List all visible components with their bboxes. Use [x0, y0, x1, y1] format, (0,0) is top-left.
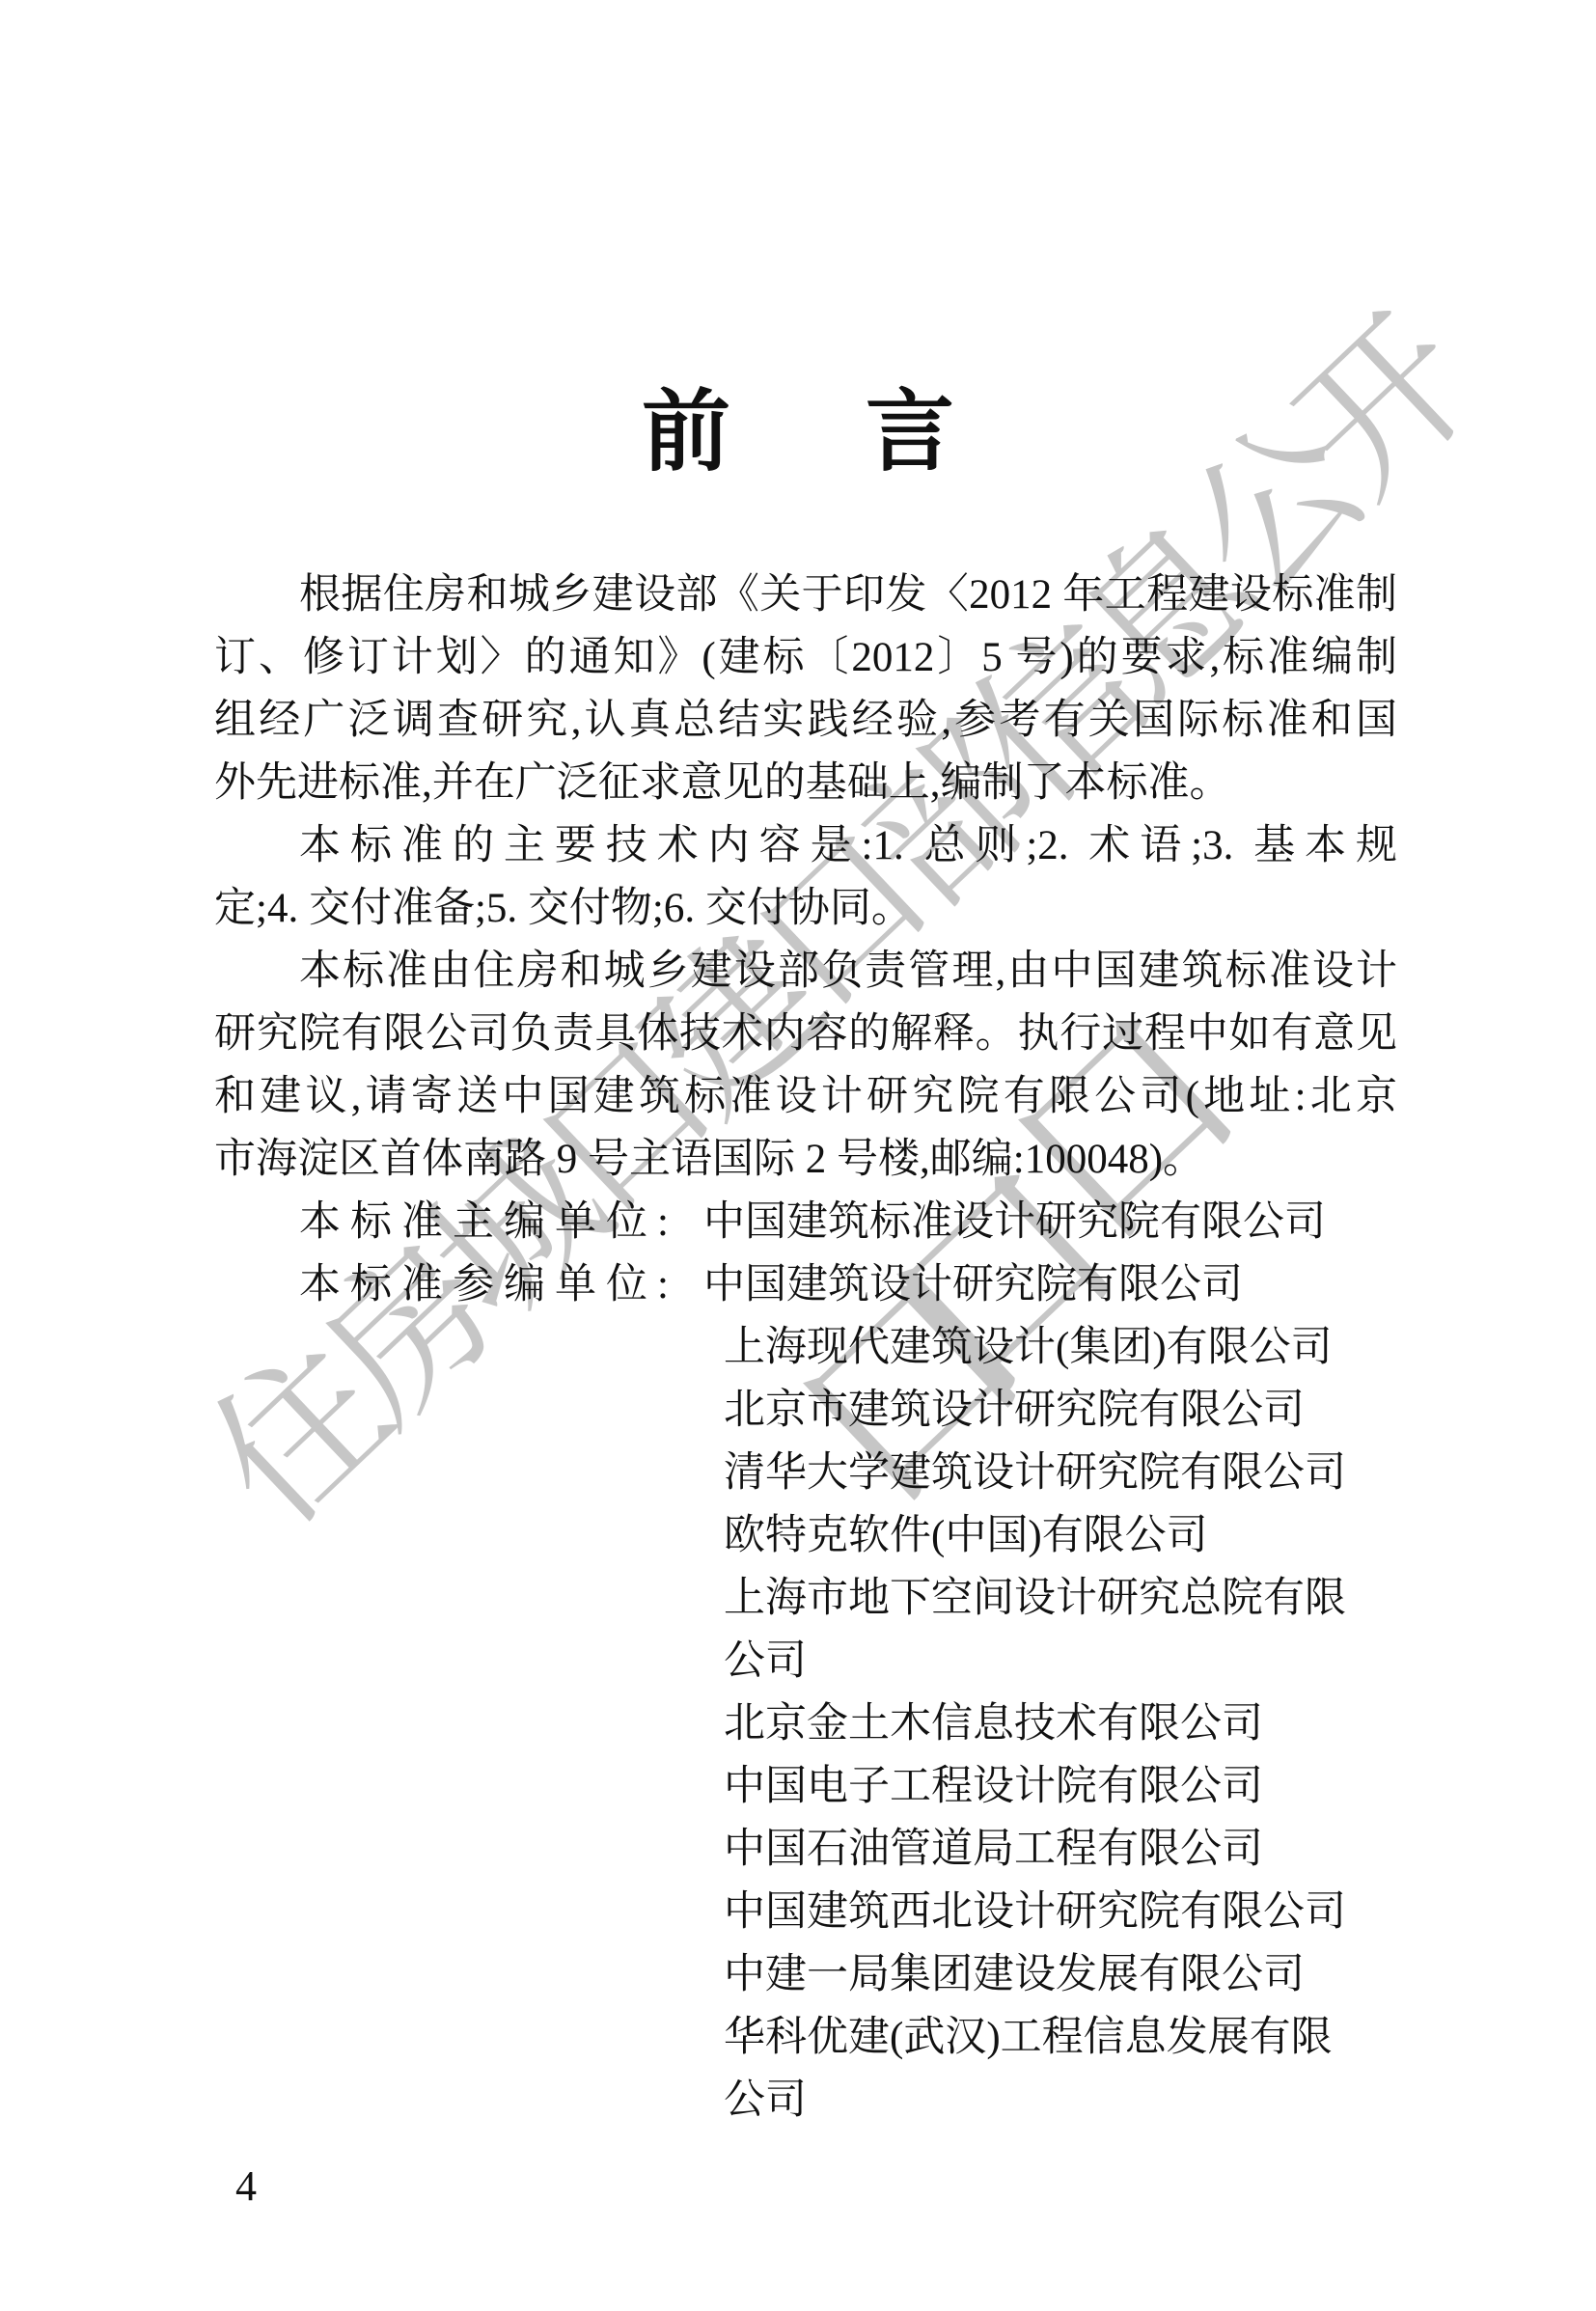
- editor-label: 本标准参编单位:: [299, 1262, 678, 1307]
- participant-company-line: 中国建筑西北设计研究院有限公司: [214, 1881, 1397, 1943]
- participant-company-line: 公司: [214, 1630, 1397, 1692]
- company-name: 中国建筑标准设计研究院有限公司: [703, 1199, 1326, 1245]
- paragraph-line: 定;4. 交付准备;5. 交付物;6. 交付协同。: [214, 877, 1397, 940]
- document-page: 住房城口建口部信息公开 口 口 口 前 言 根据住房和城乡建设部《关于印发〈20…: [0, 0, 1596, 2311]
- page-number: 4: [235, 2155, 257, 2217]
- participant-company-line: 中国电子工程设计院有限公司: [214, 1755, 1397, 1818]
- participant-company-line: 欧特克软件(中国)有限公司: [214, 1504, 1397, 1567]
- participant-company-line: 中国石油管道局工程有限公司: [214, 1818, 1397, 1881]
- editor-label: 本标准主编单位:: [299, 1199, 678, 1245]
- participant-company-line: 上海现代建筑设计(集团)有限公司: [214, 1316, 1397, 1379]
- page-title: 前 言: [0, 384, 1596, 481]
- participant-company-line: 北京市建筑设计研究院有限公司: [214, 1379, 1397, 1442]
- paragraph-line: 和建议,请寄送中国建筑标准设计研究院有限公司(地址:北京: [214, 1065, 1397, 1128]
- paragraph-line: 研究院有限公司负责具体技术内容的解释。执行过程中如有意见: [214, 1003, 1397, 1065]
- title-char-yan: 言: [866, 384, 954, 481]
- paragraph-line: 组经广泛调查研究,认真总结实践经验,参考有关国际标准和国: [214, 689, 1397, 752]
- participant-company-line: 华科优建(武汉)工程信息发展有限: [214, 2006, 1397, 2069]
- participant-company-line: 公司: [214, 2069, 1397, 2132]
- paragraph-line: 市海淀区首体南路 9 号主语国际 2 号楼,邮编:100048)。: [214, 1128, 1397, 1191]
- participant-company-line: 上海市地下空间设计研究总院有限: [214, 1567, 1397, 1630]
- paragraph-line: 订、修订计划〉的通知》(建标〔2012〕5 号)的要求,标准编制: [214, 626, 1397, 689]
- participant-list: 上海现代建筑设计(集团)有限公司北京市建筑设计研究院有限公司清华大学建筑设计研究…: [214, 1316, 1397, 2132]
- paragraph-2: 本标准的主要技术内容是:1. 总则;2. 术语;3. 基本规定;4. 交付准备;…: [214, 814, 1397, 940]
- paragraph-3: 本标准由住房和城乡建设部负责管理,由中国建筑标准设计研究院有限公司负责具体技术内…: [214, 940, 1397, 1191]
- paragraph-line: 外先进标准,并在广泛征求意见的基础上,编制了本标准。: [214, 752, 1397, 814]
- paragraph-line: 根据住房和城乡建设部《关于印发〈2012 年工程建设标准制: [214, 564, 1397, 626]
- title-char-qian: 前: [642, 384, 730, 481]
- foreword-text: 根据住房和城乡建设部《关于印发〈2012 年工程建设标准制订、修订计划〉的通知》…: [214, 564, 1397, 2132]
- company-name: 中国建筑设计研究院有限公司: [703, 1262, 1243, 1307]
- paragraph-line: 本标准由住房和城乡建设部负责管理,由中国建筑标准设计: [214, 940, 1397, 1003]
- participant-company-line: 北京金土木信息技术有限公司: [214, 1692, 1397, 1755]
- participant-company-line: 中建一局集团建设发展有限公司: [214, 1943, 1397, 2006]
- paragraph-line: 本标准的主要技术内容是:1. 总则;2. 术语;3. 基本规: [214, 814, 1397, 877]
- editor-rows: 本标准主编单位:中国建筑标准设计研究院有限公司 本标准参编单位:中国建筑设计研究…: [214, 1191, 1397, 1316]
- participant-company-line: 清华大学建筑设计研究院有限公司: [214, 1442, 1397, 1504]
- paragraph-1: 根据住房和城乡建设部《关于印发〈2012 年工程建设标准制订、修订计划〉的通知》…: [214, 564, 1397, 814]
- editor-row: 本标准主编单位:中国建筑标准设计研究院有限公司: [214, 1191, 1397, 1253]
- editor-row: 本标准参编单位:中国建筑设计研究院有限公司: [214, 1253, 1397, 1316]
